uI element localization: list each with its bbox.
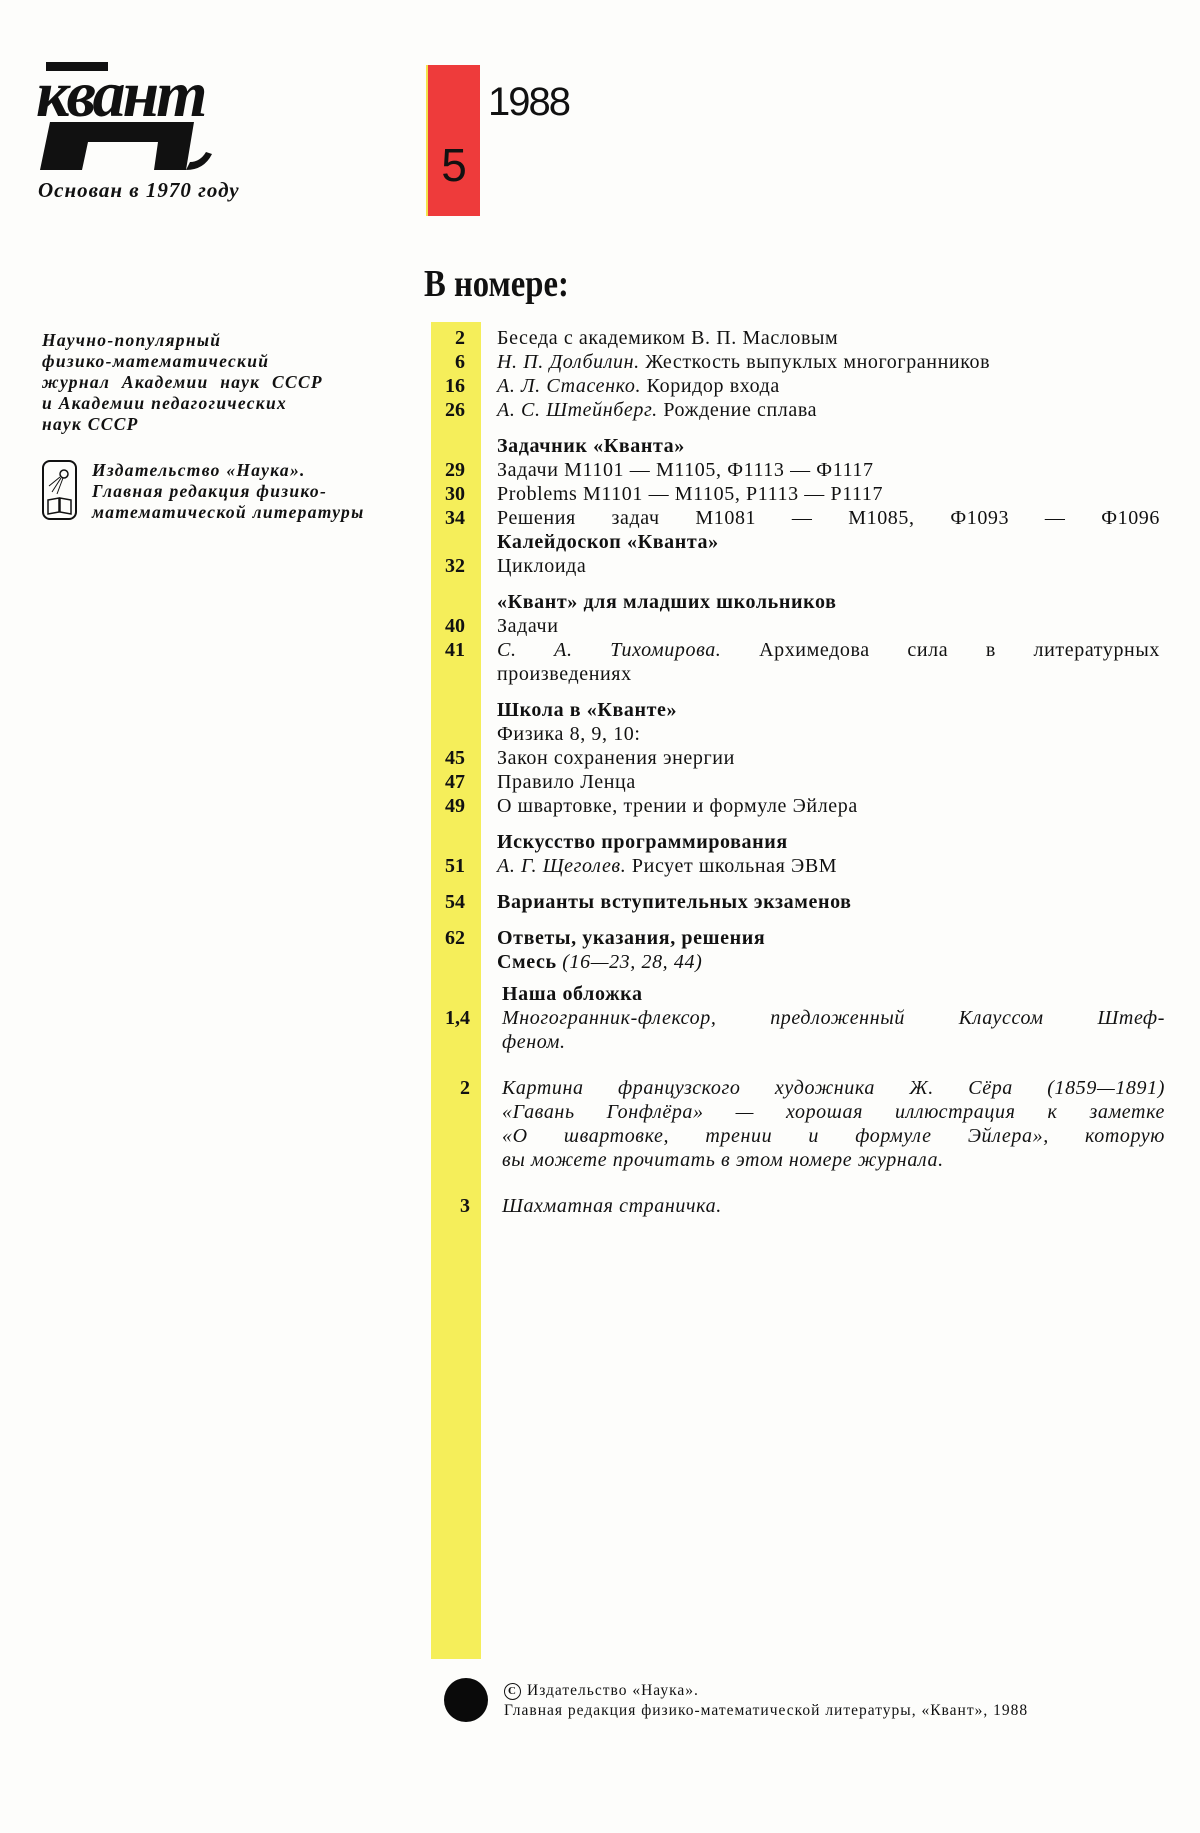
toc-title-text: Циклоида	[497, 555, 586, 577]
toc-row[interactable]: 40Задачи	[420, 614, 1160, 638]
toc-row[interactable]: 54Варианты вступительных экзаменов	[420, 890, 1160, 914]
toc-title-text: Картина французского художника Ж. Сёра (…	[502, 1077, 1165, 1099]
toc-entry-title: Н. П. Долбилин. Жесткость выпуклых много…	[497, 350, 1160, 374]
toc-author: А. Г. Щеголев.	[497, 855, 626, 877]
toc-entry-title: вы можете прочитать в этом номере журнал…	[502, 1148, 1165, 1172]
toc-row[interactable]: Искусство программирования	[420, 830, 1160, 854]
nauka-emblem-icon	[42, 460, 77, 520]
toc-row[interactable]: 6Н. П. Долбилин. Жесткость выпуклых мног…	[420, 350, 1160, 374]
toc-section-title: Смесь (16—23, 28, 44)	[497, 950, 1160, 974]
toc-author: Н. П. Долбилин.	[497, 351, 640, 373]
svg-text:квант: квант	[36, 62, 205, 131]
toc-entry-title: феном.	[502, 1030, 1165, 1054]
toc-title-text: «Квант» для младших школьников	[497, 591, 836, 613]
toc-row[interactable]: «О швартовке, трении и формуле Эйлера», …	[425, 1124, 1165, 1148]
toc-title-text: Закон сохранения энергии	[497, 747, 735, 769]
toc-title-text: Правило Ленца	[497, 771, 636, 793]
toc-entry-title: произведениях	[497, 662, 1160, 686]
toc-page-number: 40	[420, 614, 465, 638]
toc-section-title: Ответы, указания, решения	[497, 926, 1160, 950]
toc-row[interactable]: Физика 8, 9, 10:	[420, 722, 1160, 746]
toc-entry-title: Картина французского художника Ж. Сёра (…	[502, 1076, 1165, 1100]
toc-entry-title: Правило Ленца	[497, 770, 1160, 794]
toc-title-suffix: (16—23, 28, 44)	[557, 951, 703, 973]
toc-title-text: Наша обложка	[502, 983, 643, 1005]
toc-row[interactable]: Наша обложка	[425, 982, 1165, 1006]
toc-title-text: Шахматная страничка.	[502, 1195, 722, 1217]
toc-title-text: Смесь	[497, 951, 557, 973]
toc-entry-title: «Гавань Гонфлёра» — хорошая иллюстрация …	[502, 1100, 1165, 1124]
toc-page-number: 47	[420, 770, 465, 794]
toc-row[interactable]: Школа в «Кванте»	[420, 698, 1160, 722]
toc-row[interactable]: 26А. С. Штейнберг. Рождение сплава	[420, 398, 1160, 422]
toc-row[interactable]: 62Ответы, указания, решения	[420, 926, 1160, 950]
toc-row[interactable]: феном.	[425, 1030, 1165, 1054]
toc-author: А. С. Штейнберг.	[497, 399, 658, 421]
toc-entry-title: Многогранник-флексор, предложенный Клаус…	[502, 1006, 1165, 1030]
publisher-line: Издательство «Наука».	[92, 460, 365, 481]
toc-page-number: 16	[420, 374, 465, 398]
copyright-icon: C	[504, 1683, 521, 1700]
toc-page-number: 2	[420, 326, 465, 350]
kvant-logo: квант	[36, 62, 306, 172]
founded-caption: Основан в 1970 году	[38, 178, 240, 203]
toc-entry-title: Задачи	[497, 614, 1160, 638]
toc-page-number: 51	[420, 854, 465, 878]
toc-page-number: 29	[420, 458, 465, 482]
toc-title-text: Рисует школьная ЭВМ	[626, 855, 837, 877]
toc-title-text: Искусство программирования	[497, 831, 788, 853]
description-line: физико-математический	[42, 351, 402, 372]
publisher-line: математической литературы	[92, 502, 365, 523]
toc-section-title: Наша обложка	[502, 982, 1165, 1006]
toc-title-text: Задачи	[497, 615, 559, 637]
toc-row[interactable]: 2Картина французского художника Ж. Сёра …	[425, 1076, 1165, 1100]
toc-section-title: Школа в «Кванте»	[497, 698, 1160, 722]
toc-title-text: Задачи М1101 — М1105, Ф1113 — Ф1117	[497, 459, 874, 481]
toc-page-number: 41	[420, 638, 465, 662]
toc-title-text: Школа в «Кванте»	[497, 699, 677, 721]
toc-title-text: Решения задач М1081 — М1085, Ф1093 — Ф10…	[497, 507, 1160, 529]
description-line: наук СССР	[42, 414, 402, 435]
issue-number-box: 5	[426, 65, 480, 216]
toc-row[interactable]: 49О швартовке, трении и формуле Эйлера	[420, 794, 1160, 818]
toc-entry-title: Закон сохранения энергии	[497, 746, 1160, 770]
journal-description: Научно-популярный физико-математический …	[42, 330, 402, 435]
toc-entry-title: Циклоида	[497, 554, 1160, 578]
toc-row[interactable]: 51А. Г. Щеголев. Рисует школьная ЭВМ	[420, 854, 1160, 878]
toc-entry-title: Решения задач М1081 — М1085, Ф1093 — Ф10…	[497, 506, 1160, 530]
toc-section-title: Варианты вступительных экзаменов	[497, 890, 1160, 914]
toc-row[interactable]: произведениях	[420, 662, 1160, 686]
toc-row[interactable]: «Квант» для младших школьников	[420, 590, 1160, 614]
toc-title-text: Коридор входа	[641, 375, 780, 397]
toc-title-text: Варианты вступительных экзаменов	[497, 891, 852, 913]
toc-title-text: Ответы, указания, решения	[497, 927, 765, 949]
toc-section-title: «Квант» для младших школьников	[497, 590, 1160, 614]
toc-entry-title: «О швартовке, трении и формуле Эйлера», …	[502, 1124, 1165, 1148]
toc-author: С. А. Тихомирова.	[497, 639, 721, 661]
toc-row[interactable]: Задачник «Кванта»	[420, 434, 1160, 458]
toc-entry-title: А. Г. Щеголев. Рисует школьная ЭВМ	[497, 854, 1160, 878]
toc-title-text: Калейдоскоп «Кванта»	[497, 531, 719, 553]
toc-page-number: 45	[420, 746, 465, 770]
toc-row[interactable]: 30Problems M1101 — M1105, P1113 — P1117	[420, 482, 1160, 506]
toc-page-number: 6	[420, 350, 465, 374]
issue-number: 5	[428, 138, 480, 192]
toc-page-number: 62	[420, 926, 465, 950]
toc-title-text: Жесткость выпуклых многогранников	[640, 351, 990, 373]
toc-entry-title: Задачи М1101 — М1105, Ф1113 — Ф1117	[497, 458, 1160, 482]
toc-page-number: 32	[420, 554, 465, 578]
toc-page-number: 1,4	[425, 1006, 470, 1030]
toc-section-title: Искусство программирования	[497, 830, 1160, 854]
toc-row[interactable]: 47Правило Ленца	[420, 770, 1160, 794]
toc-title-text: Беседа с академиком В. П. Масловым	[497, 327, 838, 349]
toc-title-text: феном.	[502, 1031, 566, 1053]
toc-page-number: 34	[420, 506, 465, 530]
toc-row[interactable]: 2Беседа с академиком В. П. Масловым	[420, 326, 1160, 350]
toc-entry-title: А. Л. Стасенко. Коридор входа	[497, 374, 1160, 398]
toc-row[interactable]: 3Шахматная страничка.	[425, 1194, 1165, 1218]
toc-page-number: 3	[425, 1194, 470, 1218]
toc-entry-title: Физика 8, 9, 10:	[497, 722, 1160, 746]
toc-entry-title: О швартовке, трении и формуле Эйлера	[497, 794, 1160, 818]
toc-title-text: «Гавань Гонфлёра» — хорошая иллюстрация …	[502, 1101, 1165, 1123]
toc-entry-title: С. А. Тихомирова. Архимедова сила в лите…	[497, 638, 1160, 662]
toc-row[interactable]: 32Циклоида	[420, 554, 1160, 578]
toc-title-text: вы можете прочитать в этом номере журнал…	[502, 1149, 944, 1171]
toc-title-text: произведениях	[497, 663, 632, 685]
issue-year: 1988	[488, 80, 569, 125]
toc-author: А. Л. Стасенко.	[497, 375, 641, 397]
footer-line-1: Издательство «Наука».	[527, 1682, 699, 1699]
toc-row[interactable]: вы можете прочитать в этом номере журнал…	[425, 1148, 1165, 1172]
toc-row[interactable]: 16А. Л. Стасенко. Коридор входа	[420, 374, 1160, 398]
toc-row[interactable]: 29Задачи М1101 — М1105, Ф1113 — Ф1117	[420, 458, 1160, 482]
toc-row[interactable]: 41С. А. Тихомирова. Архимедова сила в ли…	[420, 638, 1160, 662]
toc-title-text: О швартовке, трении и формуле Эйлера	[497, 795, 858, 817]
toc-entry-title: А. С. Штейнберг. Рождение сплава	[497, 398, 1160, 422]
description-line: журнал Академии наук СССР	[42, 372, 402, 393]
toc-entry-title: Беседа с академиком В. П. Масловым	[497, 326, 1160, 350]
toc-row[interactable]: 1,4Многогранник-флексор, предложенный Кл…	[425, 1006, 1165, 1030]
description-line: и Академии педагогических	[42, 393, 402, 414]
toc-row[interactable]: Калейдоскоп «Кванта»	[420, 530, 1160, 554]
toc-title-text: «О швартовке, трении и формуле Эйлера», …	[502, 1125, 1165, 1147]
toc-row[interactable]: Смесь (16—23, 28, 44)	[420, 950, 1160, 974]
toc-page-number: 54	[420, 890, 465, 914]
toc-page-number: 2	[425, 1076, 470, 1100]
toc-title-text: Многогранник-флексор, предложенный Клаус…	[502, 1007, 1165, 1029]
toc-entry-title: Шахматная страничка.	[502, 1194, 1165, 1218]
toc-row[interactable]: 34Решения задач М1081 — М1085, Ф1093 — Ф…	[420, 506, 1160, 530]
contents-heading: В номере:	[424, 262, 569, 306]
toc-section-title: Задачник «Кванта»	[497, 434, 1160, 458]
footer-line-2: Главная редакция физико-математической л…	[504, 1701, 1028, 1721]
toc-section-title: Калейдоскоп «Кванта»	[497, 530, 1160, 554]
footer-dot-icon	[444, 1678, 488, 1722]
toc-page-number: 26	[420, 398, 465, 422]
toc-title-text: Рождение сплава	[658, 399, 817, 421]
toc-row[interactable]: «Гавань Гонфлёра» — хорошая иллюстрация …	[425, 1100, 1165, 1124]
toc-title-text: Архимедова сила в литературных	[721, 639, 1160, 661]
toc-page-number: 49	[420, 794, 465, 818]
toc-row[interactable]: 45Закон сохранения энергии	[420, 746, 1160, 770]
description-line: Научно-популярный	[42, 330, 402, 351]
toc-title-text: Физика 8, 9, 10:	[497, 723, 641, 745]
publisher-text: Издательство «Наука». Главная редакция ф…	[92, 460, 365, 523]
toc-title-text: Задачник «Кванта»	[497, 435, 685, 457]
toc-entry-title: Problems M1101 — M1105, P1113 — P1117	[497, 482, 1160, 506]
toc-title-text: Problems M1101 — M1105, P1113 — P1117	[497, 483, 883, 505]
toc-page-number: 30	[420, 482, 465, 506]
footer-copyright: CИздательство «Наука». Главная редакция …	[504, 1681, 1028, 1721]
publisher-line: Главная редакция физико-	[92, 481, 365, 502]
